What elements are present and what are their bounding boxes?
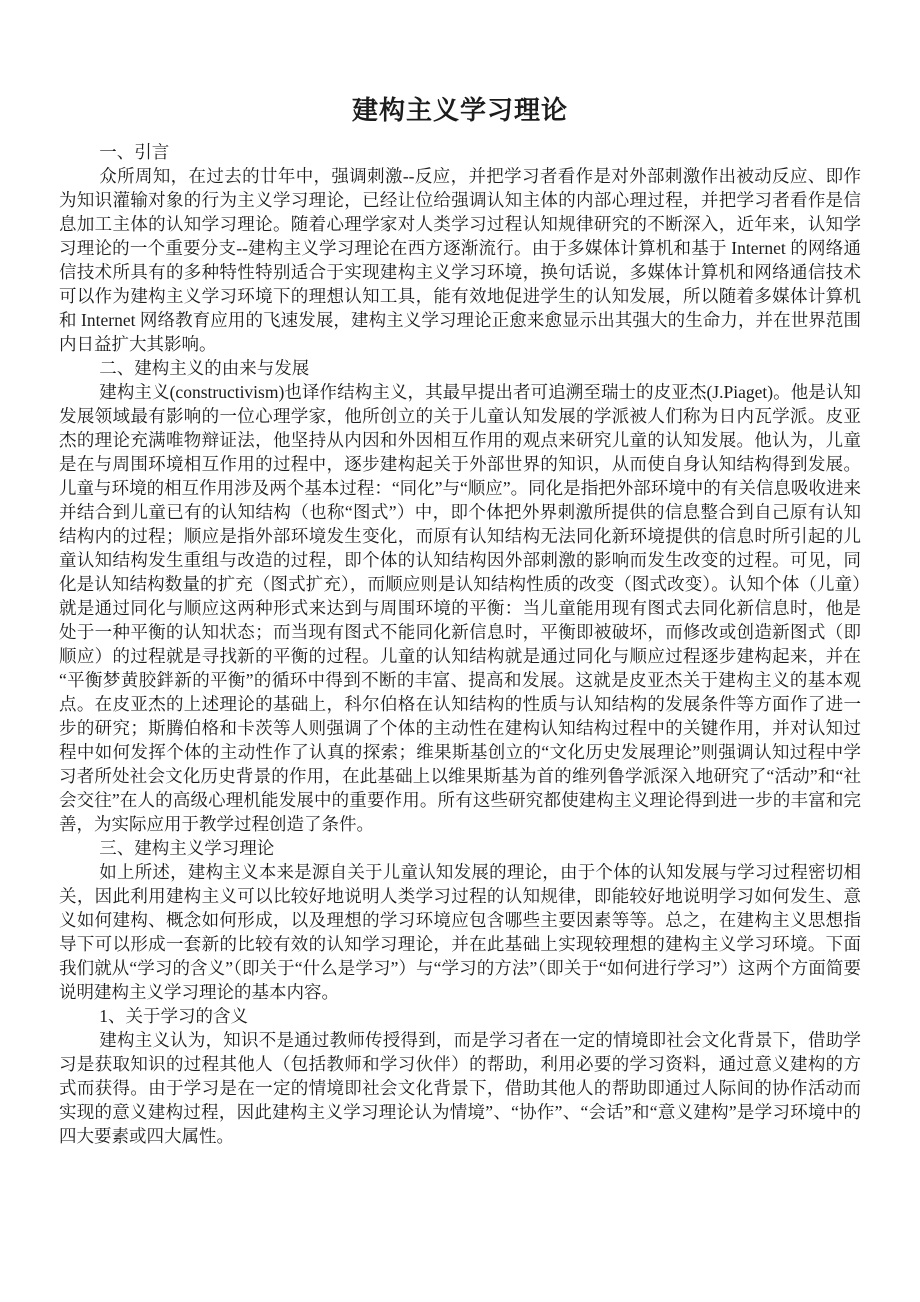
section-heading-introduction: 一、引言 [59, 140, 861, 164]
paragraph: 建构主义(constructivism)也译作结构主义，其最早提出者可追溯至瑞士… [59, 380, 861, 836]
section-introduction: 一、引言 众所周知，在过去的廿年中，强调刺激--反应，并把学习者看作是对外部刺激… [59, 140, 861, 356]
paragraph: 如上所述，建构主义本来是源自关于儿童认知发展的理论，由于个体的认知发展与学习过程… [59, 860, 861, 1004]
section-learning-theory: 三、建构主义学习理论 如上所述，建构主义本来是源自关于儿童认知发展的理论，由于个… [59, 836, 861, 1004]
paragraph: 建构主义认为，知识不是通过教师传授得到，而是学习者在一定的情境即社会文化背景下，… [59, 1028, 861, 1148]
section-heading-origin-development: 二、建构主义的由来与发展 [59, 356, 861, 380]
document-page: 建构主义学习理论 一、引言 众所周知，在过去的廿年中，强调刺激--反应，并把学习… [0, 0, 920, 1302]
section-origin-development: 二、建构主义的由来与发展 建构主义(constructivism)也译作结构主义… [59, 356, 861, 836]
paragraph: 众所周知，在过去的廿年中，强调刺激--反应，并把学习者看作是对外部刺激作出被动反… [59, 164, 861, 356]
section-heading-meaning-of-learning: 1、关于学习的含义 [59, 1004, 861, 1028]
document-title: 建构主义学习理论 [59, 94, 861, 128]
section-meaning-of-learning: 1、关于学习的含义 建构主义认为，知识不是通过教师传授得到，而是学习者在一定的情… [59, 1004, 861, 1148]
section-heading-learning-theory: 三、建构主义学习理论 [59, 836, 861, 860]
